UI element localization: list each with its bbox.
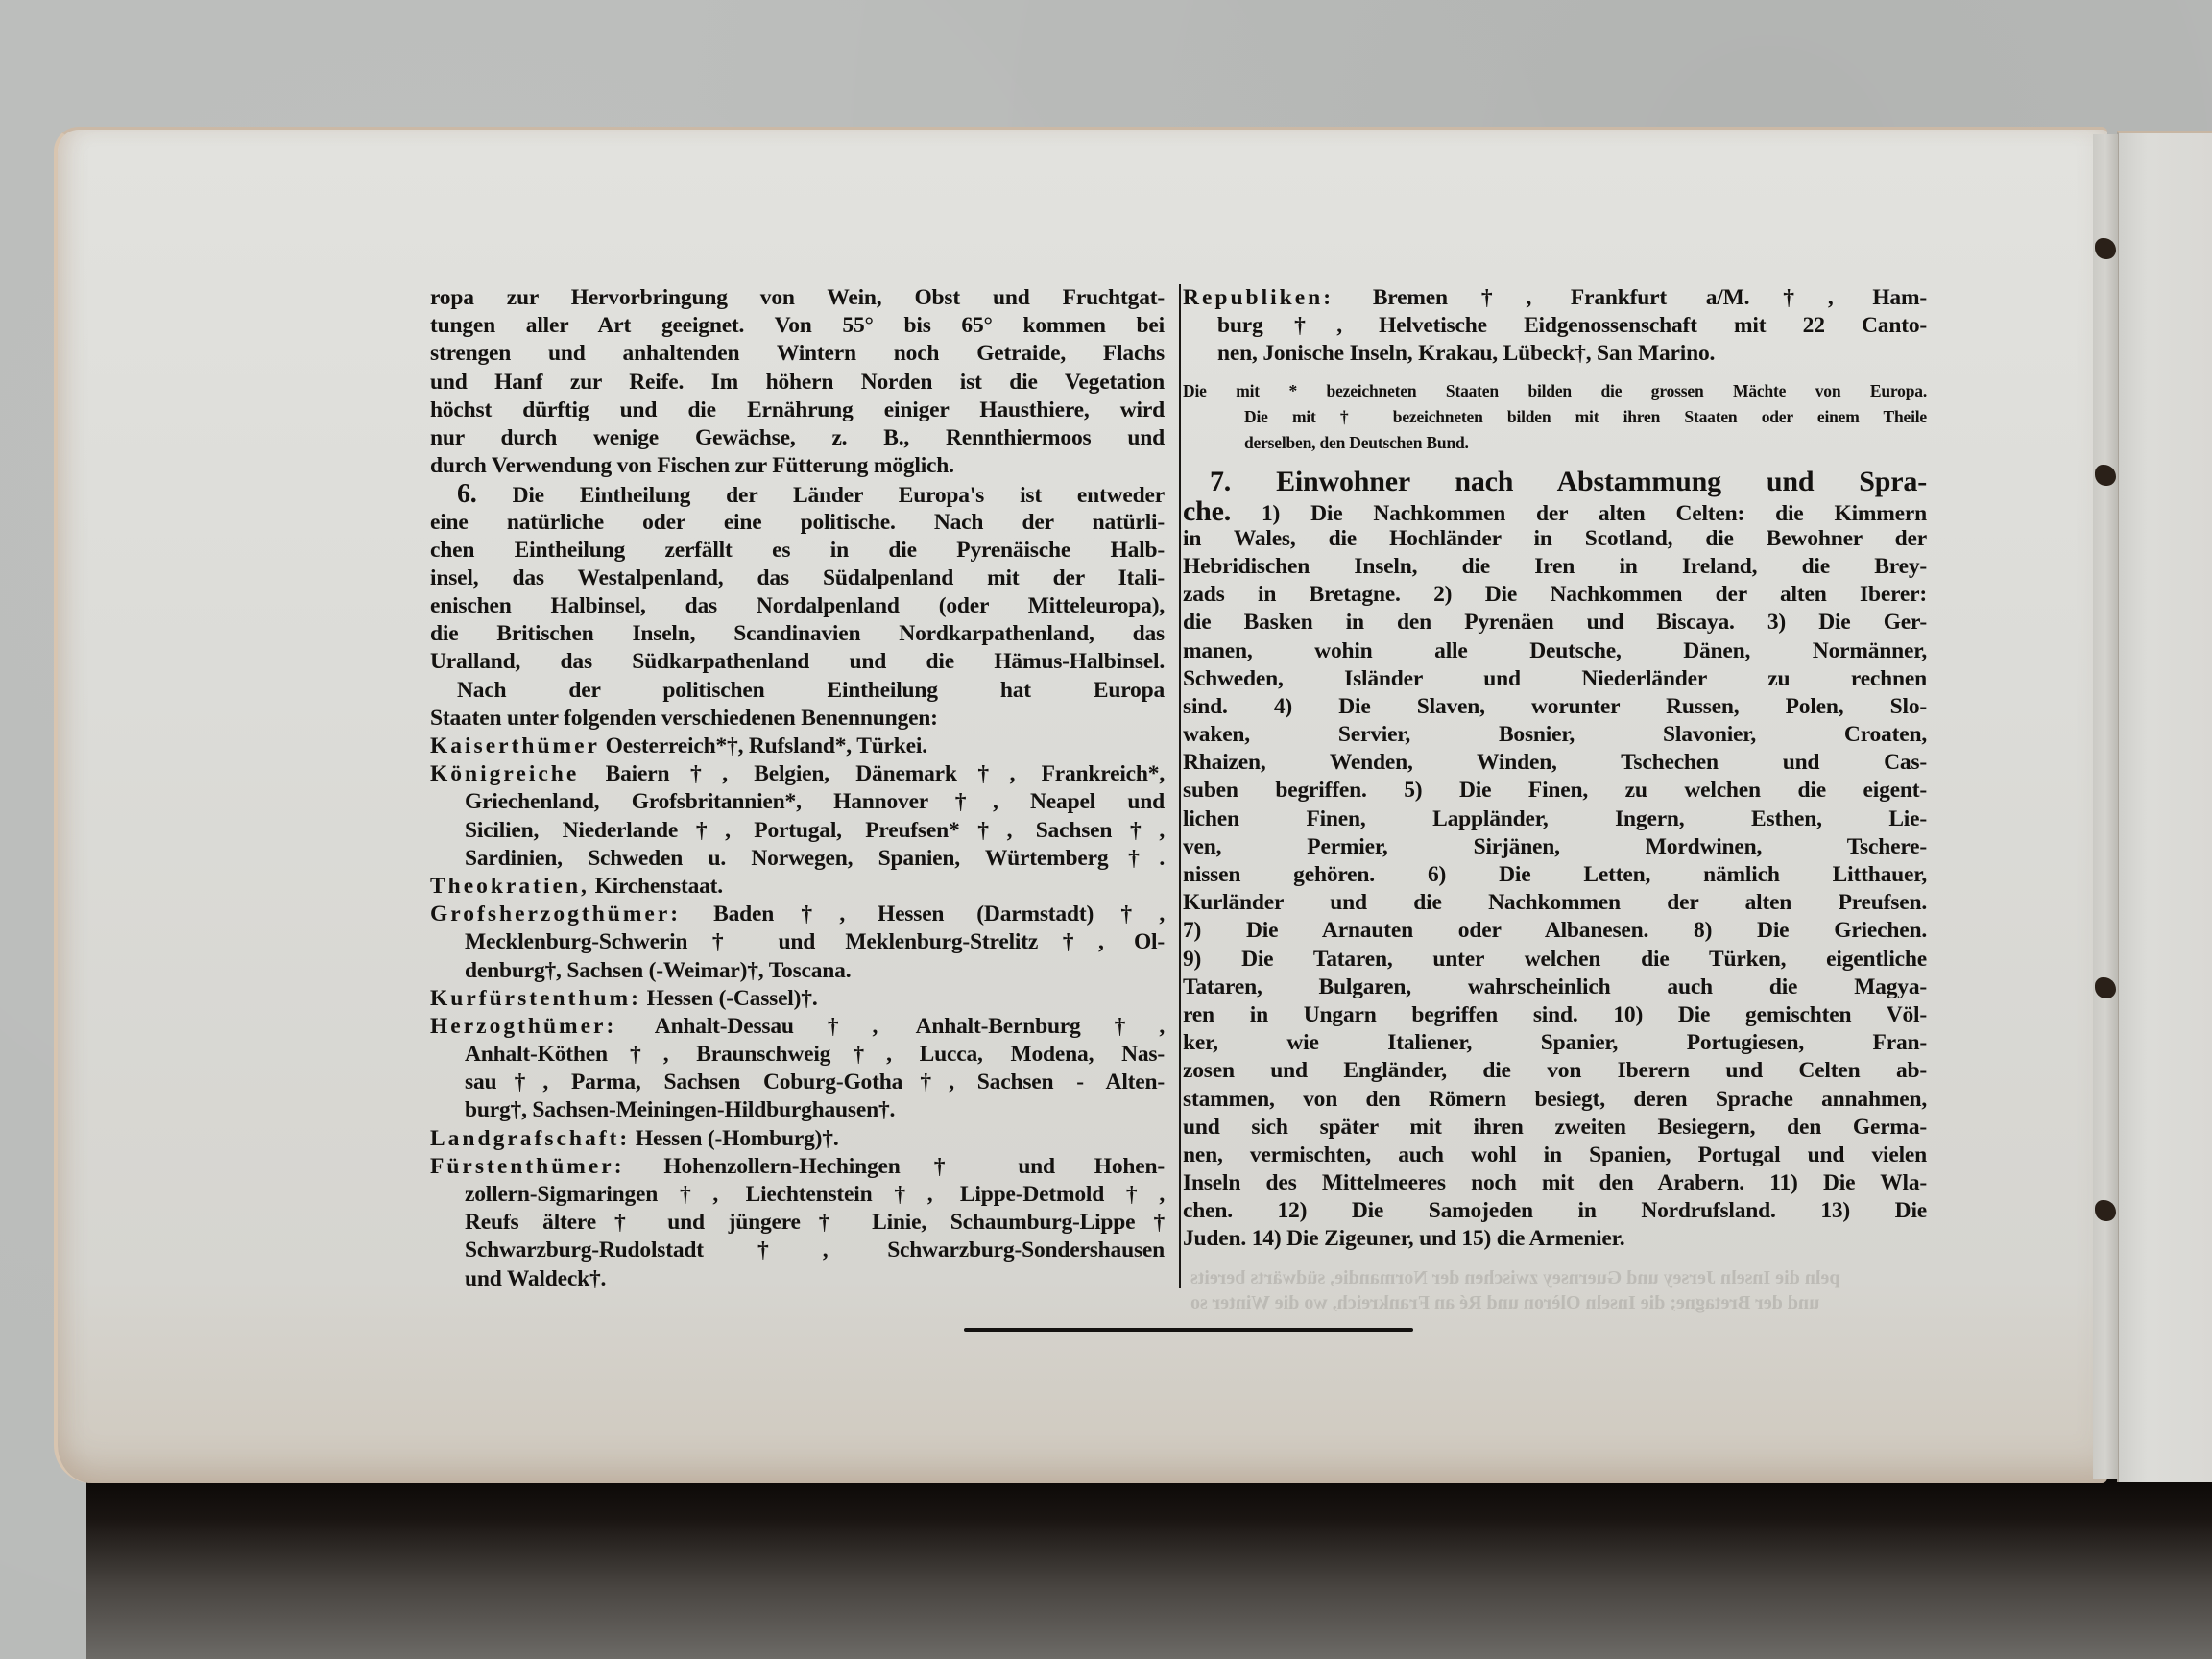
state-category: Kaiserthümer Oesterreich*†, Rufsland*, T… bbox=[430, 733, 1165, 760]
bleed-through-text: peln die Inseln Jersey und Guernsey zwis… bbox=[1190, 1267, 1840, 1289]
text-line: höchst dürftig und die Ernährung einiger… bbox=[430, 397, 1165, 424]
text-line: chen. 12) Die Samojeden in Nordrufsland.… bbox=[1183, 1197, 1927, 1225]
text-line: die Britischen Inseln, Scandinavien Nord… bbox=[430, 620, 1165, 648]
text-line: chen Eintheilung zerfällt es in die Pyre… bbox=[430, 537, 1165, 565]
text-line: Schweden, Isländer und Niederländer zu r… bbox=[1183, 665, 1927, 693]
text-line: nur durch wenige Gewächse, z. B., Rennth… bbox=[430, 424, 1165, 452]
binding-stitch bbox=[2095, 977, 2116, 998]
text-line: Rhaizen, Wenden, Winden, Tschechen und C… bbox=[1183, 749, 1927, 777]
text-line: Reufs ältere† und jüngere† Linie, Schaum… bbox=[430, 1209, 1165, 1237]
text-line: sind. 4) Die Slaven, worunter Russen, Po… bbox=[1183, 693, 1927, 721]
book-gutter bbox=[2093, 134, 2118, 1479]
binding-stitch bbox=[2095, 465, 2116, 486]
text-line: burg†, Sachsen-Meiningen-Hildburghausen†… bbox=[430, 1096, 1165, 1124]
state-category: Republiken: Bremen†, Frankfurt a/M.†, Ha… bbox=[1183, 284, 1927, 312]
text-line: Staaten unter folgenden verschiedenen Be… bbox=[430, 705, 1165, 733]
text-line: manen, wohin alle Deutsche, Dänen, Normä… bbox=[1183, 637, 1927, 665]
text-line: ker, wie Italiener, Spanier, Portugiesen… bbox=[1183, 1029, 1927, 1057]
next-page-edge bbox=[2117, 131, 2212, 1482]
text-line: Mecklenburg-Schwerin† und Meklenburg-Str… bbox=[430, 928, 1165, 956]
text-line: Hebridischen Inseln, die Iren in Ireland… bbox=[1183, 553, 1927, 581]
text-line: Kurländer und die Nachkommen der alten P… bbox=[1183, 889, 1927, 917]
text-line: che. 1) Die Nachkommen der alten Celten:… bbox=[1183, 497, 1927, 525]
text-line: 9) Die Tataren, unter welchen die Türken… bbox=[1183, 946, 1927, 974]
text-line: Nach der politischen Eintheilung hat Eur… bbox=[430, 677, 1165, 705]
state-category: Grofsherzogthümer: Baden†, Hessen (Darms… bbox=[430, 901, 1165, 928]
text-line: insel, das Westalpenland, das Südalpenla… bbox=[430, 565, 1165, 592]
text-line: Uralland, das Südkarpathenland und die H… bbox=[430, 648, 1165, 676]
text-line: zads in Bretagne. 2) Die Nachkommen der … bbox=[1183, 581, 1927, 609]
section-number: 6. bbox=[457, 479, 477, 509]
text-line: nen, vermischten, auch wohl in Spanien, … bbox=[1183, 1142, 1927, 1169]
text-line: strengen und anhaltenden Wintern noch Ge… bbox=[430, 340, 1165, 368]
category-label: Kurfürstenthum: bbox=[430, 986, 641, 1011]
text-line: Juden. 14) Die Zigeuner, und 15) die Arm… bbox=[1183, 1225, 1927, 1253]
book-shadow bbox=[86, 1459, 2212, 1659]
text-line: Anhalt-Köthen†, Braunschweig†, Lucca, Mo… bbox=[430, 1041, 1165, 1069]
text-line: sau†, Parma, Sachsen Coburg-Gotha†, Sach… bbox=[430, 1069, 1165, 1096]
text-line: in Wales, die Hochländer in Scotland, di… bbox=[1183, 525, 1927, 553]
text-line: eine natürliche oder eine politische. Na… bbox=[430, 509, 1165, 537]
text-line: zosen und Engländer, die von Iberern und… bbox=[1183, 1057, 1927, 1085]
category-label: Kaiserthümer bbox=[430, 733, 600, 758]
text-line: Griechenland, Grofsbritannien*, Hannover… bbox=[430, 788, 1165, 816]
text-line: waken, Servier, Bosnier, Slavonier, Croa… bbox=[1183, 721, 1927, 749]
state-list: Kaiserthümer Oesterreich*†, Rufsland*, T… bbox=[430, 733, 1165, 1293]
binding-stitch bbox=[2095, 1200, 2116, 1221]
text-line: Tataren, Bulgaren, wahrscheinlich auch d… bbox=[1183, 974, 1927, 1001]
category-label: Theokratien, bbox=[430, 874, 589, 899]
text-line: 7) Die Arnauten oder Albanesen. 8) Die G… bbox=[1183, 917, 1927, 945]
category-label: Republiken: bbox=[1183, 285, 1334, 310]
text-line: Sicilien, Niederlande†, Portugal, Preufs… bbox=[430, 817, 1165, 845]
section-heading: 7. Einwohner nach Abstammung und Spra- bbox=[1183, 466, 1927, 497]
category-label: Fürstenthümer: bbox=[430, 1154, 625, 1179]
footnotes: Die mit * bezeichneten Staaten bilden di… bbox=[1183, 378, 1927, 456]
text-line: denburg†, Sachsen (-Weimar)†, Toscana. bbox=[430, 957, 1165, 985]
left-column: ropa zur Hervorbringung von Wein, Obst u… bbox=[430, 284, 1165, 1293]
binding-stitch bbox=[2095, 238, 2116, 259]
category-label: Königreiche bbox=[430, 761, 579, 786]
text-line: durch Verwendung von Fischen zur Fütteru… bbox=[430, 452, 1165, 480]
text-line: Sardinien, Schweden u. Norwegen, Spanien… bbox=[430, 845, 1165, 873]
state-category: Herzogthümer: Anhalt-Dessau†, Anhalt-Ber… bbox=[430, 1013, 1165, 1041]
section-6: 6. Die Eintheilung der Länder Europa's i… bbox=[430, 480, 1165, 733]
text-line: nissen gehören. 6) Die Letten, nämlich L… bbox=[1183, 861, 1927, 889]
footnote-line: Die mit * bezeichneten Staaten bilden di… bbox=[1183, 378, 1927, 404]
text-line: burg†, Helvetische Eidgenossenschaft mit… bbox=[1183, 312, 1927, 340]
text-line: die Basken in den Pyrenäen und Biscaya. … bbox=[1183, 609, 1927, 637]
column-divider bbox=[1179, 284, 1181, 1288]
state-category: Theokratien, Kirchenstaat. bbox=[430, 873, 1165, 901]
state-category: Landgrafschaft: Hessen (-Homburg)†. bbox=[430, 1125, 1165, 1153]
state-category: Fürstenthümer: Hohenzollern-Hechingen† u… bbox=[430, 1153, 1165, 1181]
footnote-line: Die mit † bezeichneten bilden mit ihren … bbox=[1183, 404, 1927, 430]
category-label: Landgrafschaft: bbox=[430, 1126, 630, 1151]
text-line: und Hanf zur Reife. Im höhern Norden ist… bbox=[430, 369, 1165, 397]
text-line: Schwarzburg-Rudolstadt†, Schwarzburg-Son… bbox=[430, 1237, 1165, 1264]
intro-paragraph: ropa zur Hervorbringung von Wein, Obst u… bbox=[430, 284, 1165, 480]
text-line: nen, Jonische Inseln, Krakau, Lübeck†, S… bbox=[1183, 340, 1927, 368]
text-line: suben begriffen. 5) Die Finen, zu welche… bbox=[1183, 777, 1927, 805]
category-label: Herzogthümer: bbox=[430, 1014, 616, 1039]
text-line: ren in Ungarn begriffen sind. 10) Die ge… bbox=[1183, 1001, 1927, 1029]
end-rule bbox=[964, 1328, 1413, 1332]
footnote-line: derselben, den Deutschen Bund. bbox=[1183, 430, 1927, 456]
section-heading-tail: che. bbox=[1183, 495, 1231, 527]
text-line: ropa zur Hervorbringung von Wein, Obst u… bbox=[430, 284, 1165, 312]
bleed-through-text: und der Bretagne; die Inseln Olèron und … bbox=[1190, 1292, 1819, 1314]
state-category: Kurfürstenthum: Hessen (-Cassel)†. bbox=[430, 985, 1165, 1013]
text-line: stammen, von den Römern besiegt, deren S… bbox=[1183, 1086, 1927, 1114]
text-line: ven, Permier, Sirjänen, Mordwinen, Tsche… bbox=[1183, 833, 1927, 861]
text-line: und Waldeck†. bbox=[430, 1265, 1165, 1293]
state-category: Königreiche Baiern†, Belgien, Dänemark†,… bbox=[430, 760, 1165, 788]
text-line: enischen Halbinsel, das Nordalpenland (o… bbox=[430, 592, 1165, 620]
text-line: lichen Finen, Lappländer, Ingern, Esthen… bbox=[1183, 805, 1927, 833]
right-column: Republiken: Bremen†, Frankfurt a/M.†, Ha… bbox=[1183, 284, 1927, 1254]
text-line: 6. Die Eintheilung der Länder Europa's i… bbox=[430, 480, 1165, 508]
republics: Republiken: Bremen†, Frankfurt a/M.†, Ha… bbox=[1183, 284, 1927, 369]
section-7: 7. Einwohner nach Abstammung und Spra- c… bbox=[1183, 466, 1927, 1254]
text-line: zollern-Sigmaringen†, Liechtenstein†, Li… bbox=[430, 1181, 1165, 1209]
text-line: und sich später mit ihren zweiten Besieg… bbox=[1183, 1114, 1927, 1142]
text-line: Inseln des Mittelmeeres noch mit den Ara… bbox=[1183, 1169, 1927, 1197]
text-line: tungen aller Art geeignet. Von 55° bis 6… bbox=[430, 312, 1165, 340]
category-label: Grofsherzogthümer: bbox=[430, 902, 681, 926]
